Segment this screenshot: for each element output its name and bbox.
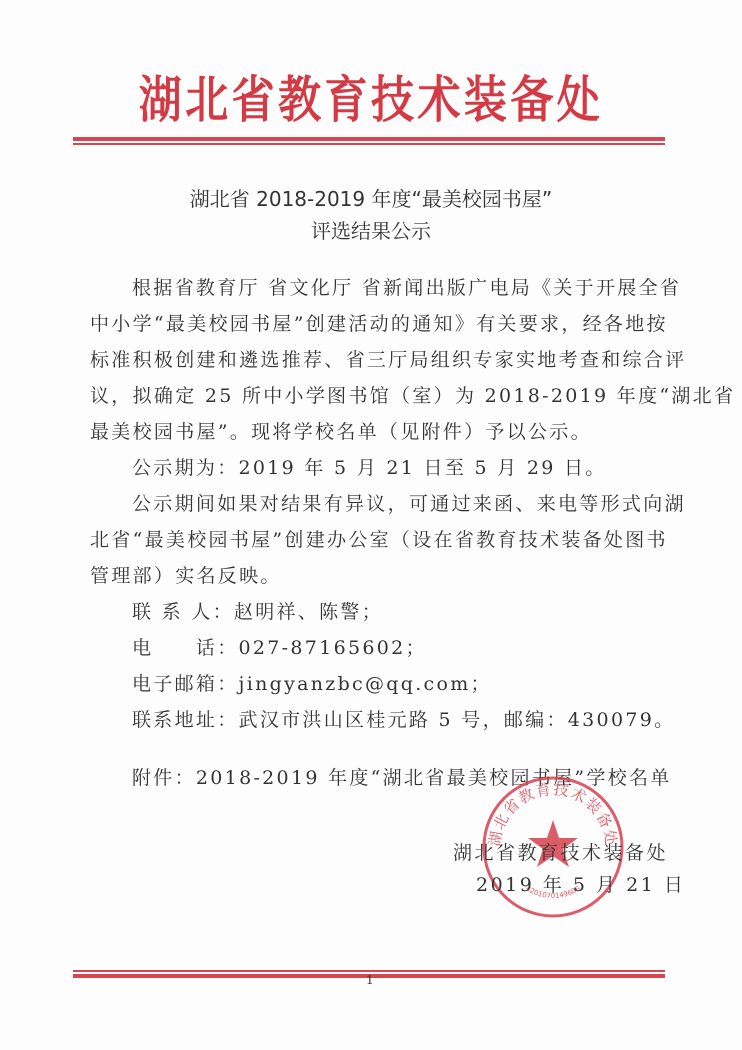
document-title-line2: 评选结果公示 <box>0 214 742 248</box>
letterhead-rule-thick <box>73 137 665 141</box>
contact-value: 赵明祥、陈警； <box>234 601 383 623</box>
body-paragraph-line: 最美校园书屋”。现将学校名单（见附件）予以公示。 <box>90 414 592 450</box>
signature-issuer: 湖北省教育技术装备处 <box>453 838 668 865</box>
contact-address: 联系地址：武汉市洪山区桂元路 5 号，邮编：430079。 <box>132 702 675 738</box>
contact-email: 电子邮箱：jingyanzbc@qq.com； <box>132 666 492 702</box>
body-paragraph-line: 管理部）实名反映。 <box>90 558 282 594</box>
contact-value: 027-87165602； <box>239 637 427 659</box>
contact-label: 联系地址： <box>132 709 239 731</box>
contact-value: jingyanzbc@qq.com； <box>239 673 492 695</box>
page-number: 1 <box>366 973 374 987</box>
contact-label: 电子邮箱： <box>132 673 239 695</box>
body-paragraph-line: 议，拟确定 25 所中小学图书馆（室）为 2018-2019 年度“湖北省 <box>90 378 735 414</box>
contact-value: 武汉市洪山区桂元路 5 号，邮编：430079。 <box>239 709 676 731</box>
contact-person: 联 系 人：赵明祥、陈警； <box>132 594 383 630</box>
footer-rule-thin <box>73 970 665 972</box>
body-paragraph-line: 公示期间如果对结果有异议，可通过来函、来电等形式向湖 <box>132 486 686 522</box>
contact-phone: 电 话：027-87165602； <box>132 630 427 666</box>
body-paragraph-line: 北省“最美校园书屋”创建办公室（设在省教育技术装备处图书 <box>90 522 668 558</box>
body-paragraph-line: 中小学“最美校园书屋”创建活动的通知》有关要求，经各地按 <box>90 306 668 342</box>
publicity-period: 公示期为：2019 年 5 月 21 日至 5 月 29 日。 <box>132 450 607 486</box>
body-paragraph-line: 标准积极创建和遴选推荐、省三厅局组织专家实地考查和综合评 <box>90 342 686 378</box>
signature-date: 2019 年 5 月 21 日 <box>476 870 685 897</box>
contact-label: 联 系 人： <box>132 601 234 623</box>
document-title: 湖北省 2018-2019 年度“最美校园书屋” <box>0 182 742 216</box>
contact-label: 电 话： <box>132 637 239 659</box>
letterhead-rule-thin <box>73 143 665 145</box>
body-paragraph-line: 根据省教育厅 省文化厅 省新闻出版广电局《关于开展全省 <box>132 270 681 306</box>
letterhead-title: 湖北省教育技术装备处 <box>52 60 690 132</box>
